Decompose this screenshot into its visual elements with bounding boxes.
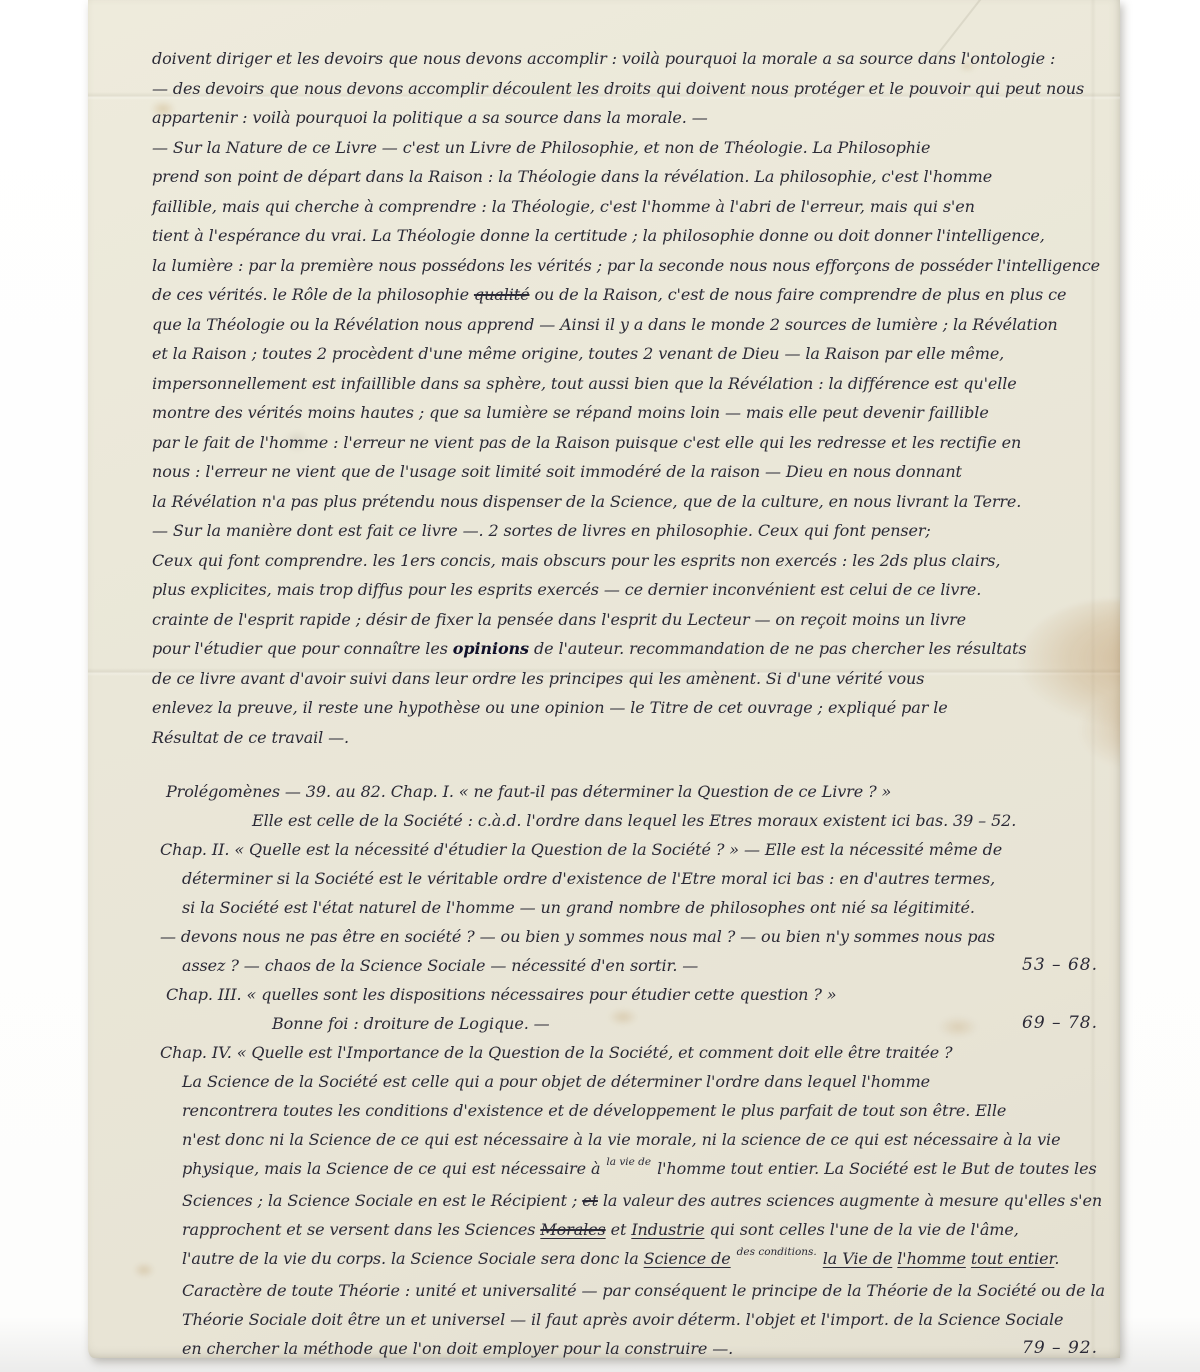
manuscript-line: l'autre de la vie du corps. la Science S…: [152, 1244, 1104, 1276]
manuscript-line-text: Résultat de ce travail —.: [152, 728, 349, 747]
manuscript-line-text: crainte de l'esprit rapide ; désir de fi…: [152, 610, 966, 629]
manuscript-line: montre des vérités moins hautes ; que sa…: [152, 398, 1104, 428]
manuscript-line-text: appartenir : voilà pourquoi la politique…: [152, 108, 708, 127]
manuscript-line: appartenir : voilà pourquoi la politique…: [152, 103, 1104, 133]
manuscript-line: Chap. II. « Quelle est la nécessité d'ét…: [152, 835, 1104, 864]
manuscript-line: pour l'étudier que pour connaître les op…: [152, 634, 1104, 664]
manuscript-line-text: en chercher la méthode que l'on doit emp…: [182, 1339, 733, 1358]
manuscript-line-text: de ce livre avant d'avoir suivi dans leu…: [152, 669, 924, 688]
manuscript-line: et la Raison ; toutes 2 procèdent d'une …: [152, 339, 1104, 369]
manuscript-line: en chercher la méthode que l'on doit emp…: [152, 1334, 1104, 1358]
manuscript-line: Caractère de toute Théorie : unité et un…: [152, 1276, 1104, 1305]
manuscript-line-text: Ceux qui font comprendre. les 1ers conci…: [152, 551, 1000, 570]
manuscript-line-text: pour l'étudier que pour connaître les op…: [152, 639, 1026, 658]
manuscript-line: plus explicites, mais trop diffus pour l…: [152, 575, 1104, 605]
manuscript-line: Chap. III. « quelles sont les dispositio…: [152, 980, 1104, 1009]
manuscript-line: de ces vérités. le Rôle de la philosophi…: [152, 280, 1104, 310]
manuscript-line-text: si la Société est l'état naturel de l'ho…: [182, 898, 975, 917]
manuscript-line-text: par le fait de l'homme : l'erreur ne vie…: [152, 433, 1021, 452]
manuscript-line: tient à l'espérance du vrai. La Théologi…: [152, 221, 1104, 251]
manuscript-line-text: de ces vérités. le Rôle de la philosophi…: [152, 285, 1066, 304]
manuscript-line: doivent diriger et les devoirs que nous …: [152, 44, 1104, 74]
manuscript-line-text: Chap. II. « Quelle est la nécessité d'ét…: [160, 840, 1002, 859]
manuscript-line: crainte de l'esprit rapide ; désir de fi…: [152, 605, 1104, 635]
manuscript-line-text: — Sur la manière dont est fait ce livre …: [152, 521, 931, 540]
manuscript-line: de ce livre avant d'avoir suivi dans leu…: [152, 664, 1104, 694]
manuscript-line-text: n'est donc ni la Science de ce qui est n…: [182, 1130, 1060, 1149]
manuscript-line: — Sur la manière dont est fait ce livre …: [152, 516, 1104, 546]
manuscript-line-text: — devons nous ne pas être en société ? —…: [160, 927, 995, 946]
manuscript-line-text: l'autre de la vie du corps. la Science S…: [182, 1249, 1059, 1268]
manuscript-line: — des devoirs que nous devons accomplir …: [152, 74, 1104, 104]
manuscript-line: La Science de la Société est celle qui a…: [152, 1067, 1104, 1096]
manuscript-line-text: Sciences ; la Science Sociale en est le …: [182, 1191, 1102, 1210]
manuscript-line: Ceux qui font comprendre. les 1ers conci…: [152, 546, 1104, 576]
manuscript-line: Prolégomènes — 39. au 82. Chap. I. « ne …: [152, 777, 1104, 806]
manuscript-line-text: plus explicites, mais trop diffus pour l…: [152, 580, 981, 599]
manuscript-line-text: Chap. IV. « Quelle est l'Importance de l…: [160, 1043, 953, 1062]
manuscript-line-text: et la Raison ; toutes 2 procèdent d'une …: [152, 344, 1004, 363]
manuscript-line-text: La Science de la Société est celle qui a…: [182, 1072, 930, 1091]
manuscript-line: Théorie Sociale doit être un et universe…: [152, 1305, 1104, 1334]
manuscript-line: faillible, mais qui cherche à comprendre…: [152, 192, 1104, 222]
manuscript-line-text: assez ? — chaos de la Science Sociale — …: [182, 956, 698, 975]
page-range: 69 – 78.: [1022, 1009, 1098, 1038]
manuscript-line: si la Société est l'état naturel de l'ho…: [152, 893, 1104, 922]
manuscript-line-text: la Révélation n'a pas plus prétendu nous…: [152, 492, 1021, 511]
manuscript-line: que la Théologie ou la Révélation nous a…: [152, 310, 1104, 340]
page-range: 79 – 92.: [1022, 1334, 1098, 1358]
manuscript-line-text: tient à l'espérance du vrai. La Théologi…: [152, 226, 1045, 245]
manuscript-page: doivent diriger et les devoirs que nous …: [88, 0, 1120, 1358]
manuscript-line-text: rapprochent et se versent dans les Scien…: [182, 1220, 1019, 1239]
manuscript-line: Résultat de ce travail —.: [152, 723, 1104, 753]
manuscript-line: Elle est celle de la Société : c.à.d. l'…: [152, 806, 1104, 835]
text-block-essay-notes: doivent diriger et les devoirs que nous …: [152, 44, 1104, 752]
manuscript-line-text: prend son point de départ dans la Raison…: [152, 167, 992, 186]
manuscript-line-text: rencontrera toutes les conditions d'exis…: [182, 1101, 1006, 1120]
manuscript-line-text: physique, mais la Science de ce qui est …: [182, 1159, 1097, 1178]
manuscript-line-text: montre des vérités moins hautes ; que sa…: [152, 403, 989, 422]
manuscript-line-text: faillible, mais qui cherche à comprendre…: [152, 197, 975, 216]
manuscript-line-text: Chap. III. « quelles sont les dispositio…: [166, 985, 837, 1004]
manuscript-line-text: Elle est celle de la Société : c.à.d. l'…: [252, 811, 1016, 830]
manuscript-line-text: impersonnellement est infaillible dans s…: [152, 374, 1017, 393]
manuscript-line: rencontrera toutes les conditions d'exis…: [152, 1096, 1104, 1125]
manuscript-line-text: enlevez la preuve, il reste une hypothès…: [152, 698, 948, 717]
manuscript-line: rapprochent et se versent dans les Scien…: [152, 1215, 1104, 1244]
manuscript-line-text: nous : l'erreur ne vient que de l'usage …: [152, 462, 962, 481]
text-block-chapter-summary: Prolégomènes — 39. au 82. Chap. I. « ne …: [152, 777, 1104, 1358]
manuscript-line: impersonnellement est infaillible dans s…: [152, 369, 1104, 399]
manuscript-line-text: — des devoirs que nous devons accomplir …: [152, 79, 1084, 98]
manuscript-line: la lumière : par la première nous posséd…: [152, 251, 1104, 281]
manuscript-line: Sciences ; la Science Sociale en est le …: [152, 1186, 1104, 1215]
manuscript-line: Chap. IV. « Quelle est l'Importance de l…: [152, 1038, 1104, 1067]
manuscript-line: enlevez la preuve, il reste une hypothès…: [152, 693, 1104, 723]
page-range: 53 – 68.: [1022, 951, 1098, 980]
manuscript-line-text: déterminer si la Société est le véritabl…: [182, 869, 995, 888]
manuscript-line: — devons nous ne pas être en société ? —…: [152, 922, 1104, 951]
manuscript-line-text: doivent diriger et les devoirs que nous …: [152, 49, 1055, 68]
manuscript-line: Bonne foi : droiture de Logique. —69 – 7…: [152, 1009, 1104, 1038]
manuscript-line-text: la lumière : par la première nous posséd…: [152, 256, 1100, 275]
manuscript-line: physique, mais la Science de ce qui est …: [152, 1154, 1104, 1186]
manuscript-line: déterminer si la Société est le véritabl…: [152, 864, 1104, 893]
manuscript-line: la Révélation n'a pas plus prétendu nous…: [152, 487, 1104, 517]
manuscript-line: — Sur la Nature de ce Livre — c'est un L…: [152, 133, 1104, 163]
manuscript-line-text: Prolégomènes — 39. au 82. Chap. I. « ne …: [166, 782, 891, 801]
manuscript-line: par le fait de l'homme : l'erreur ne vie…: [152, 428, 1104, 458]
manuscript-line: nous : l'erreur ne vient que de l'usage …: [152, 457, 1104, 487]
manuscript-line: prend son point de départ dans la Raison…: [152, 162, 1104, 192]
manuscript-text: doivent diriger et les devoirs que nous …: [152, 44, 1104, 1358]
manuscript-line-text: que la Théologie ou la Révélation nous a…: [152, 315, 1058, 334]
manuscript-line-text: Bonne foi : droiture de Logique. —: [272, 1014, 550, 1033]
manuscript-line-text: — Sur la Nature de ce Livre — c'est un L…: [152, 138, 930, 157]
manuscript-line-text: Caractère de toute Théorie : unité et un…: [182, 1281, 1105, 1300]
manuscript-line: assez ? — chaos de la Science Sociale — …: [152, 951, 1104, 980]
manuscript-line-text: Théorie Sociale doit être un et universe…: [182, 1310, 1063, 1329]
